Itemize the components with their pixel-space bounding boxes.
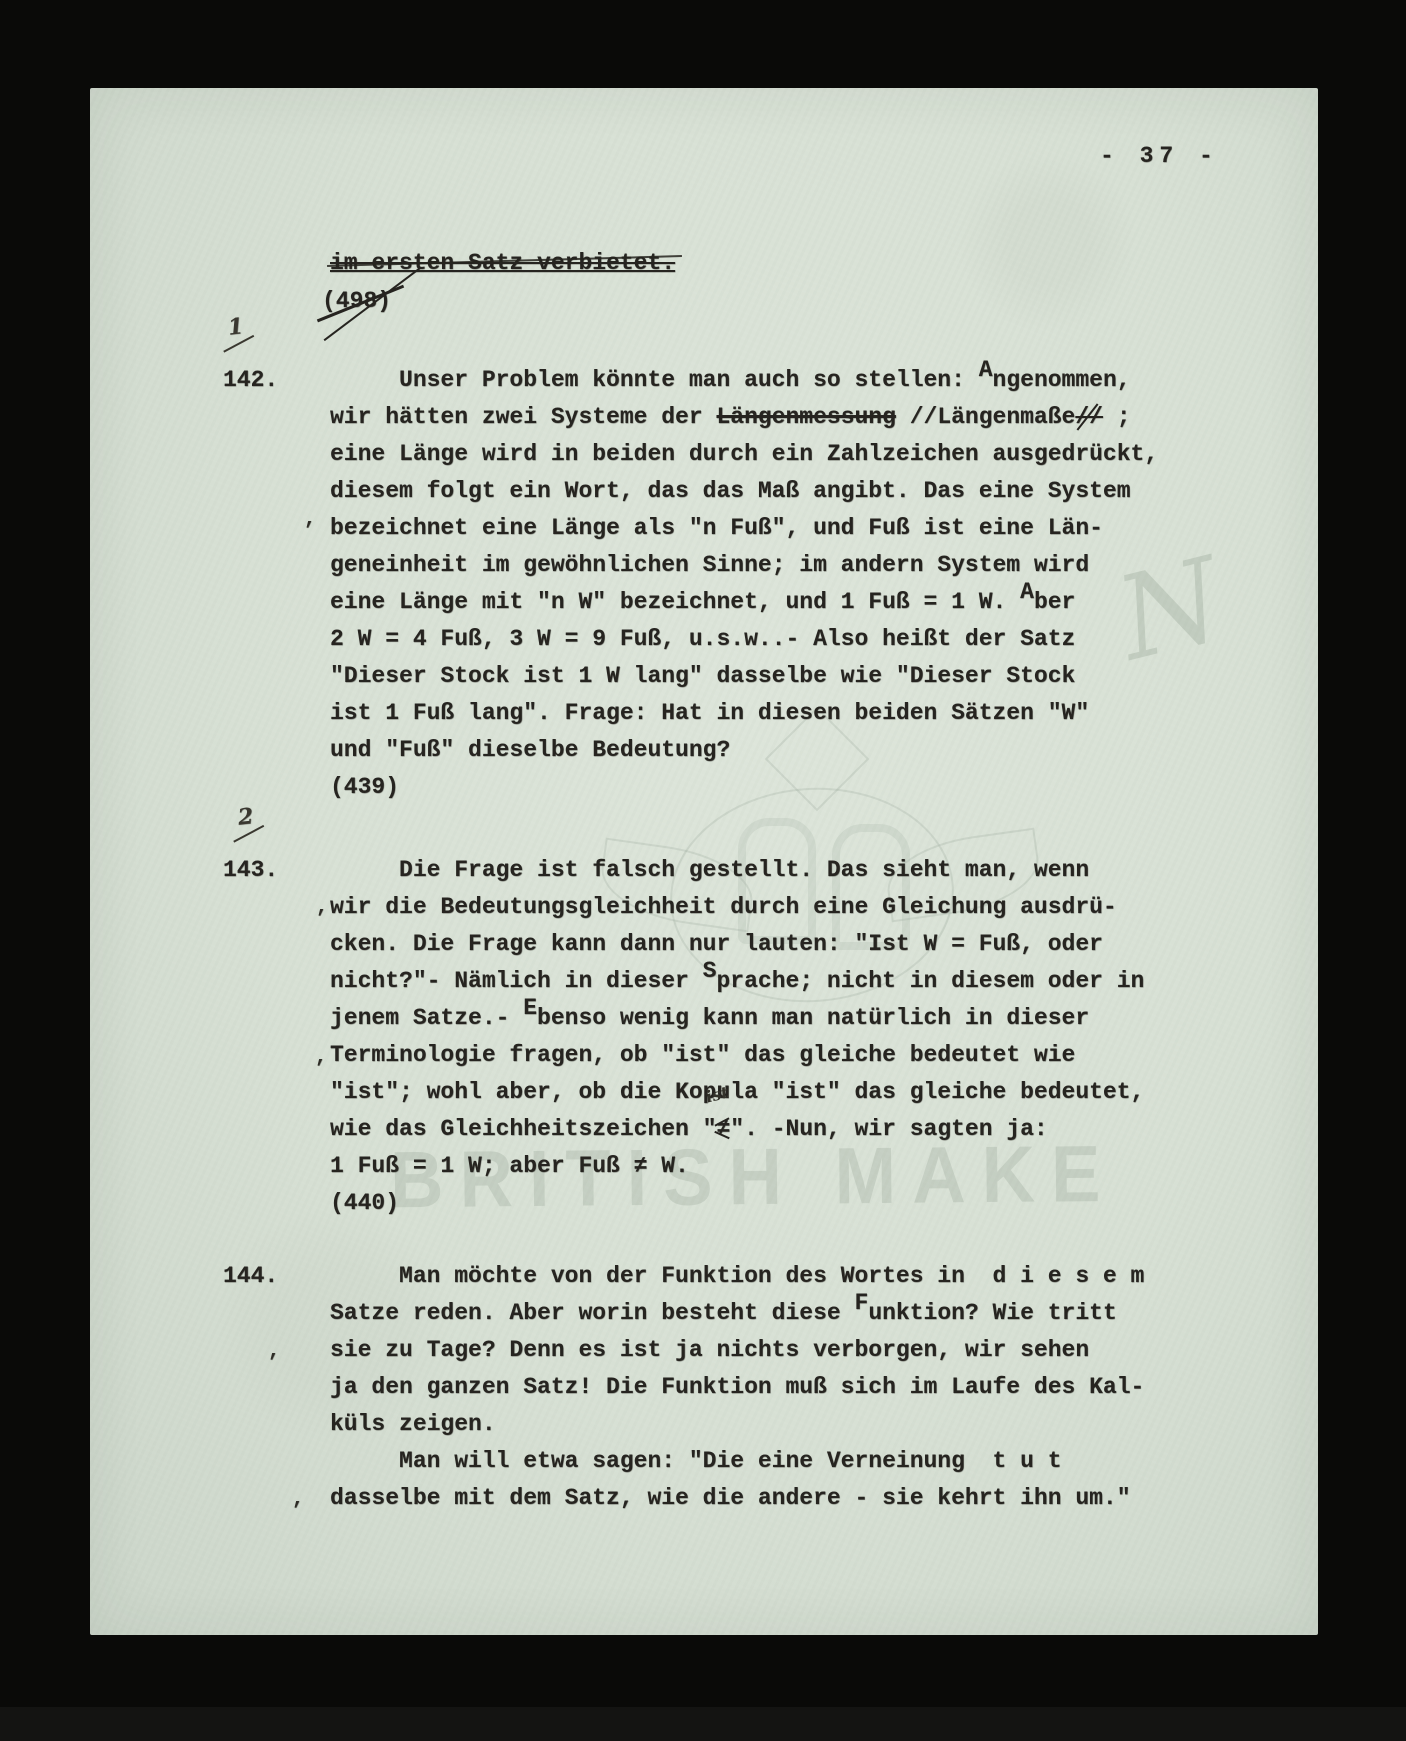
typed-line: Satze reden. Aber worin besteht diese Fu… bbox=[330, 1295, 1190, 1332]
remark-body: Man möchte von der Funktion des Wortes i… bbox=[330, 1258, 1190, 1517]
typed-segment: unktion? Wie tritt bbox=[868, 1300, 1116, 1326]
typed-segment: bezeichnet eine Länge als "n Fuß", und F… bbox=[330, 515, 1103, 541]
typed-segment: ja den ganzen Satz! Die Funktion muß sic… bbox=[330, 1374, 1144, 1400]
deleted-sentence: im ersten Satz verbietet. bbox=[330, 250, 675, 276]
typescript-page: BRITISH MAKE N - 37 - im ersten Satz ver… bbox=[90, 88, 1318, 1635]
typed-segment: cken. Die Frage kann dann nur lauten: "I… bbox=[330, 931, 1103, 957]
typed-segment-sup: E bbox=[523, 995, 537, 1021]
typed-segment: eine Länge wird in beiden durch ein Zahl… bbox=[330, 441, 1158, 467]
typed-line: 2 W = 4 Fuß, 3 W = 9 Fuß, u.s.w..- Also … bbox=[330, 621, 1190, 658]
typed-line: Terminologie fragen, ob "ist" das gleich… bbox=[330, 1037, 1190, 1074]
typed-segment-scrib: ≠ist bbox=[716, 1111, 730, 1148]
typed-segment: Die Frage ist falsch gestellt. Das sieht… bbox=[330, 857, 1089, 883]
margin-mark: , bbox=[315, 1046, 327, 1069]
remark-body: Unser Problem könnte man auch so stellen… bbox=[330, 362, 1190, 806]
typed-line: (439) bbox=[330, 769, 1190, 806]
typed-line: diesem folgt ein Wort, das das Maß angib… bbox=[330, 473, 1190, 510]
typed-segment: //Längenmaße bbox=[896, 404, 1075, 430]
typed-line: wir hätten zwei Systeme der Längenmessun… bbox=[330, 399, 1190, 436]
typed-line: wie das Gleichheitszeichen "≠ist". -Nun,… bbox=[330, 1111, 1190, 1148]
typed-segment: (439) bbox=[330, 774, 399, 800]
typed-segment: ". -Nun, wir sagten ja: bbox=[730, 1116, 1047, 1142]
typed-segment: ngenommen, bbox=[993, 367, 1131, 393]
typed-segment: Man will etwa sagen: "Die eine Verneinun… bbox=[330, 1448, 1062, 1474]
margin-mark: , bbox=[292, 1488, 304, 1511]
typed-segment: eine Länge mit "n W" bezeichnet, und 1 F… bbox=[330, 589, 1020, 615]
typed-segment: wir die Bedeutungsgleichheit durch eine … bbox=[330, 894, 1117, 920]
typed-segment: Man möchte von der Funktion des Wortes i… bbox=[330, 1263, 1144, 1289]
remark-number: 144. bbox=[223, 1258, 278, 1295]
typed-line: Unser Problem könnte man auch so stellen… bbox=[330, 362, 1190, 399]
crossed-out-number: (498) bbox=[322, 288, 391, 314]
typed-segment: wir hätten zwei Systeme der bbox=[330, 404, 716, 430]
typed-segment: nicht?"- Nämlich in dieser bbox=[330, 968, 703, 994]
typed-segment: sie zu Tage? Denn es ist ja nichts verbo… bbox=[330, 1337, 1089, 1363]
margin-mark: , bbox=[304, 508, 316, 531]
typed-segment-sup: F bbox=[855, 1290, 869, 1316]
typed-line: küls zeigen. bbox=[330, 1406, 1190, 1443]
typed-segment: Terminologie fragen, ob "ist" das gleich… bbox=[330, 1042, 1075, 1068]
typed-line: Man will etwa sagen: "Die eine Verneinun… bbox=[330, 1443, 1190, 1480]
typed-segment: 2 W = 4 Fuß, 3 W = 9 Fuß, u.s.w..- Also … bbox=[330, 626, 1075, 652]
typed-segment: küls zeigen. bbox=[330, 1411, 496, 1437]
typed-segment-strike: Längenmessung bbox=[716, 404, 895, 430]
margin-mark: , bbox=[268, 1340, 280, 1363]
typed-segment: ist 1 Fuß lang". Frage: Hat in diesen be… bbox=[330, 700, 1089, 726]
deleted-reference: (498) bbox=[322, 288, 391, 314]
typed-line: ist 1 Fuß lang". Frage: Hat in diesen be… bbox=[330, 695, 1190, 732]
typed-line: sie zu Tage? Denn es ist ja nichts verbo… bbox=[330, 1332, 1190, 1369]
typed-line: bezeichnet eine Länge als "n Fuß", und F… bbox=[330, 510, 1190, 547]
typed-line: dasselbe mit dem Satz, wie die andere - … bbox=[330, 1480, 1190, 1517]
handwritten-margin-mark-2: 2 bbox=[237, 805, 255, 828]
typed-line: und "Fuß" dieselbe Bedeutung? bbox=[330, 732, 1190, 769]
margin-mark: , bbox=[316, 896, 328, 919]
typed-line: nicht?"- Nämlich in dieser Sprache; nich… bbox=[330, 963, 1190, 1000]
typed-line: ja den ganzen Satz! Die Funktion muß sic… bbox=[330, 1369, 1190, 1406]
handwritten-margin-mark-1: 1 bbox=[227, 315, 245, 338]
page-number: - 37 - bbox=[1100, 143, 1219, 169]
typed-segment: ; bbox=[1103, 404, 1131, 430]
typed-segment: 1 Fuß = 1 W; aber Fuß ≠ W. bbox=[330, 1153, 689, 1179]
typed-segment: Satze reden. Aber worin besteht diese bbox=[330, 1300, 855, 1326]
typed-segment-sup: S bbox=[703, 958, 717, 984]
remark-number: 143. bbox=[223, 852, 278, 889]
photograph-background: { "page": { "number": "- 37 -" }, "color… bbox=[0, 0, 1406, 1741]
typed-segment: Unser Problem könnte man auch so stellen… bbox=[330, 367, 979, 393]
typed-segment: benso wenig kann man natürlich in dieser bbox=[537, 1005, 1089, 1031]
typed-segment: "ist"; wohl aber, ob die Kopula "ist" da… bbox=[330, 1079, 1144, 1105]
typed-line: Man möchte von der Funktion des Wortes i… bbox=[330, 1258, 1190, 1295]
typed-line: (440) bbox=[330, 1185, 1190, 1222]
typed-segment-sup: A bbox=[979, 357, 993, 383]
typed-line: eine Länge mit "n W" bezeichnet, und 1 F… bbox=[330, 584, 1190, 621]
typed-line: eine Länge wird in beiden durch ein Zahl… bbox=[330, 436, 1190, 473]
typed-line: Die Frage ist falsch gestellt. Das sieht… bbox=[330, 852, 1190, 889]
typed-segment: diesem folgt ein Wort, das das Maß angib… bbox=[330, 478, 1131, 504]
typed-segment: (440) bbox=[330, 1190, 399, 1216]
typed-line: "ist"; wohl aber, ob die Kopula "ist" da… bbox=[330, 1074, 1190, 1111]
typed-line: wir die Bedeutungsgleichheit durch eine … bbox=[330, 889, 1190, 926]
typed-line: 1 Fuß = 1 W; aber Fuß ≠ W. bbox=[330, 1148, 1190, 1185]
typed-segment: jenem Satze.- bbox=[330, 1005, 523, 1031]
typed-segment-sup: A bbox=[1020, 579, 1034, 605]
typed-segment: "Dieser Stock ist 1 W lang" dasselbe wie… bbox=[330, 663, 1075, 689]
typed-segment: prache; nicht in diesem oder in bbox=[716, 968, 1144, 994]
typed-line: jenem Satze.- Ebenso wenig kann man natü… bbox=[330, 1000, 1190, 1037]
typed-line: geneinheit im gewöhnlichen Sinne; im and… bbox=[330, 547, 1190, 584]
remark-body: Die Frage ist falsch gestellt. Das sieht… bbox=[330, 852, 1190, 1222]
typed-segment: ber bbox=[1034, 589, 1075, 615]
typed-segment-cross: // bbox=[1075, 399, 1103, 436]
typed-line: cken. Die Frage kann dann nur lauten: "I… bbox=[330, 926, 1190, 963]
typed-segment: wie das Gleichheitszeichen " bbox=[330, 1116, 716, 1142]
photo-bottom-edge bbox=[0, 1707, 1406, 1741]
typed-segment: geneinheit im gewöhnlichen Sinne; im and… bbox=[330, 552, 1089, 578]
typed-segment: dasselbe mit dem Satz, wie die andere - … bbox=[330, 1485, 1131, 1511]
typed-segment: und "Fuß" dieselbe Bedeutung? bbox=[330, 737, 730, 763]
remark-number: 142. bbox=[223, 362, 278, 399]
typed-line: "Dieser Stock ist 1 W lang" dasselbe wie… bbox=[330, 658, 1190, 695]
